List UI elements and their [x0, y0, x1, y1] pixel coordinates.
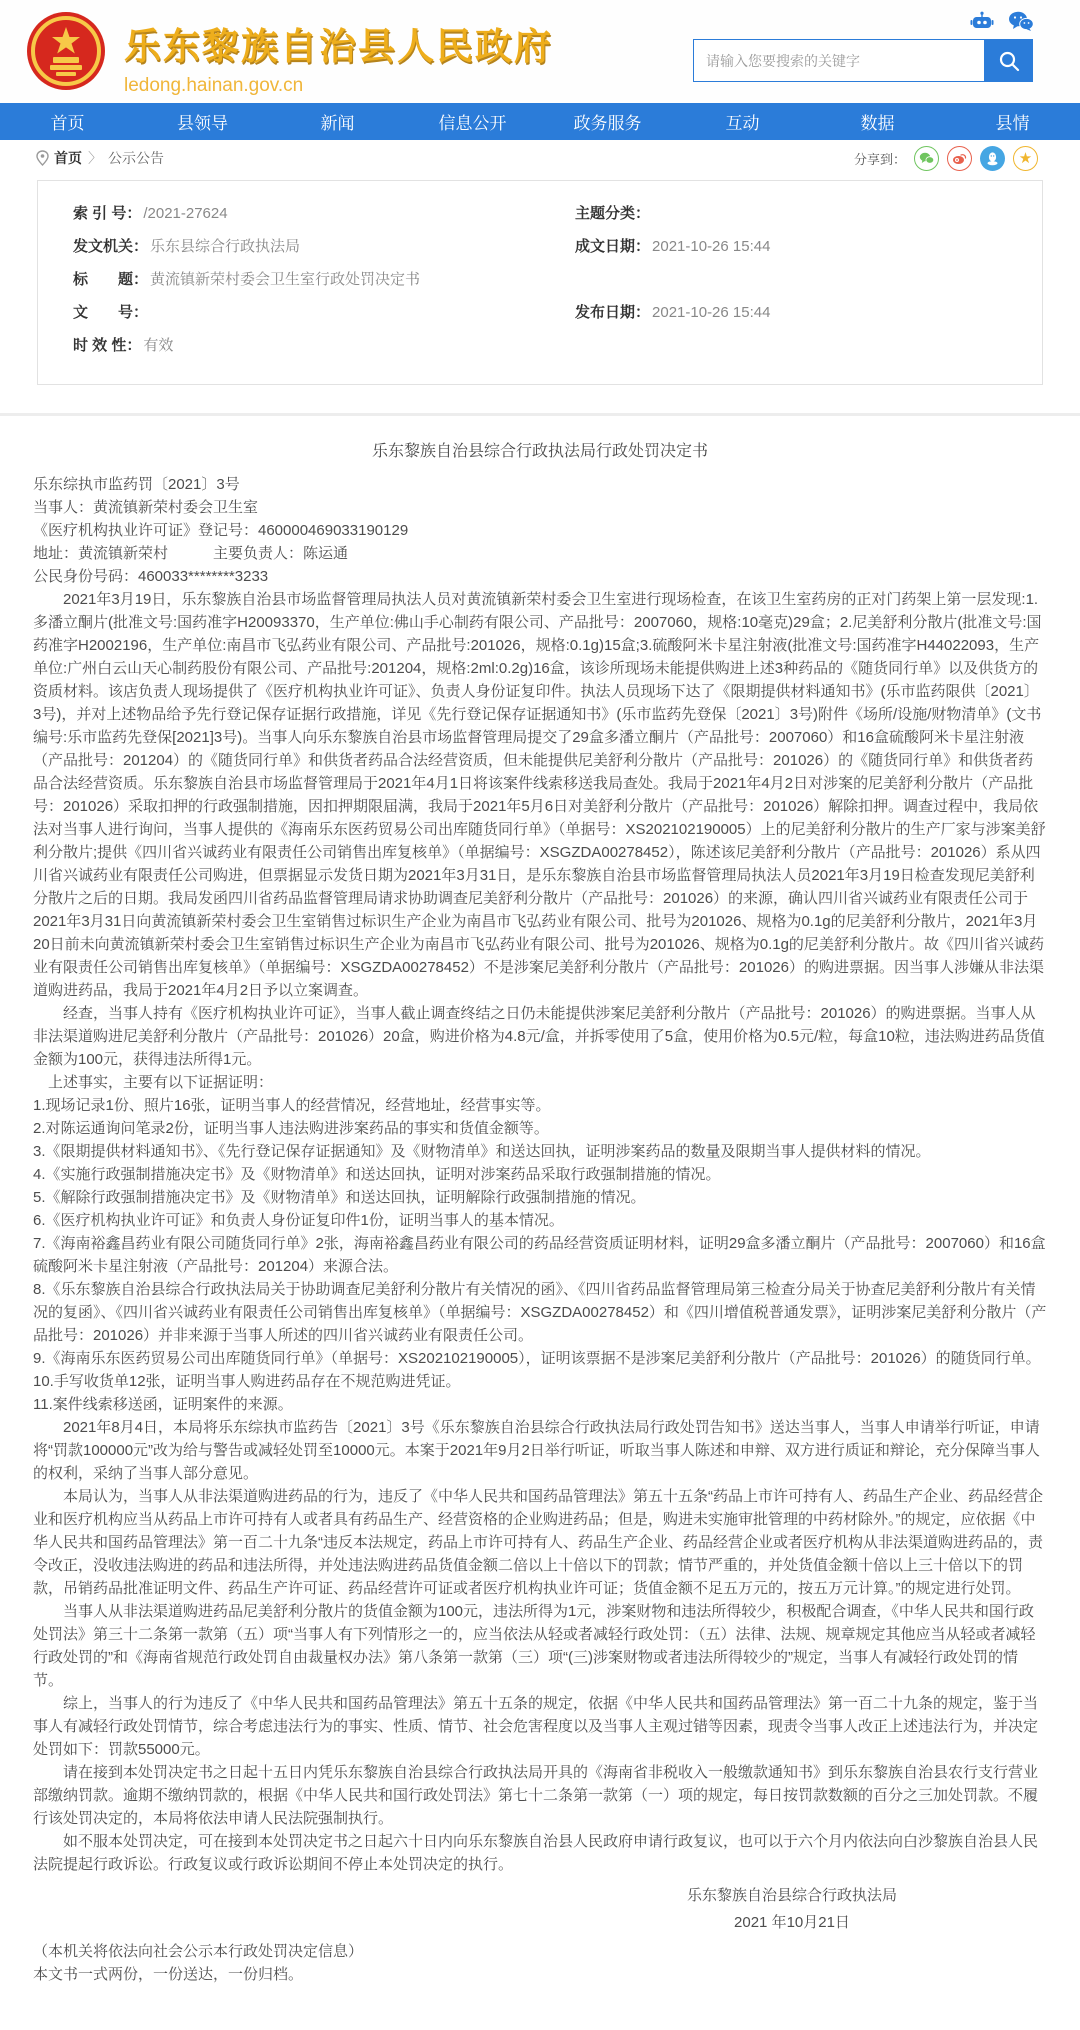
nav-item-leaders[interactable]: 县领导 — [135, 103, 270, 140]
document-title: 乐东黎族自治县综合行政执法局行政处罚决定书 — [33, 440, 1047, 463]
meta-doc-no-label: 文 号： — [73, 302, 148, 324]
doc-paragraph: 综上，当事人的行为违反了《中华人民共和国药品管理法》第五十五条的规定，依据《中华… — [33, 1692, 1047, 1761]
doc-number-line: 乐东综执市监药罚〔2021〕3号 — [33, 473, 1047, 496]
evidence-item: 6.《医疗机构执业许可证》和负责人身份证复印件1份，证明当事人的基本情况。 — [33, 1209, 1047, 1232]
evidence-item: 5.《解除行政强制措施决定书》及《财物清单》和送达回执，证明解除行政强制措施的情… — [33, 1186, 1047, 1209]
evidence-item: 10.手写收货单12张，证明当事人购进药品存在不规范购进凭证。 — [33, 1370, 1047, 1393]
meta-row: 标 题： 黄流镇新荣村委会卫生室行政处罚决定书 — [38, 269, 1042, 302]
share-qq-icon[interactable] — [980, 146, 1005, 171]
nav-item-services[interactable]: 政务服务 — [540, 103, 675, 140]
nav-item-news[interactable]: 新闻 — [270, 103, 405, 140]
header-quick-icons — [970, 11, 1034, 31]
breadcrumb: 首页 〉 公示公告 分享到： — [0, 140, 1080, 176]
location-pin-icon — [36, 150, 49, 166]
address-line: 地址：黄流镇新荣村 主要负责人：陈运通 — [33, 542, 1047, 565]
site-search — [693, 39, 1033, 82]
national-emblem-logo — [26, 11, 106, 91]
breadcrumb-home[interactable]: 首页 — [54, 148, 82, 168]
id-number-line: 公民身份号码：460033********3233 — [33, 565, 1047, 588]
nav-item-county[interactable]: 县情 — [945, 103, 1080, 140]
signature-agency: 乐东黎族自治县综合行政执法局 — [687, 1882, 897, 1909]
meta-made-date-label: 成文日期： — [575, 236, 650, 258]
meta-row: 时 效 性： 有效 — [38, 335, 1042, 368]
license-line: 《医疗机构执业许可证》登记号：460000469033190129 — [33, 519, 1047, 542]
wechat-icon[interactable] — [1008, 11, 1034, 31]
evidence-item: 1.现场记录1份、照片16张，证明当事人的经营情况，经营地址，经营事实等。 — [33, 1094, 1047, 1117]
nav-item-interact[interactable]: 互动 — [675, 103, 810, 140]
party-line: 当事人：黄流镇新荣村委会卫生室 — [33, 496, 1047, 519]
nav-item-home[interactable]: 首页 — [0, 103, 135, 140]
site-header: 乐东黎族自治县人民政府 ledong.hainan.gov.cn — [0, 0, 1080, 103]
share-label: 分享到： — [854, 149, 906, 168]
share-wechat-icon[interactable] — [914, 146, 939, 171]
evidence-item: 9.《海南乐东医药贸易公司出库随货同行单》（单据号：XS202102190005… — [33, 1347, 1047, 1370]
penalty-decision-document: 乐东黎族自治县综合行政执法局行政处罚决定书 乐东综执市监药罚〔2021〕3号 当… — [0, 416, 1080, 1994]
site-identity: 乐东黎族自治县人民政府 ledong.hainan.gov.cn — [124, 16, 553, 97]
doc-paragraph: 上述事实，主要有以下证据证明： — [33, 1071, 1047, 1094]
evidence-item: 2.对陈运通询问笔录2份，证明当事人违法购进涉案药品的事实和货值金额等。 — [33, 1117, 1047, 1140]
meta-topic-label: 主题分类： — [575, 203, 650, 225]
doc-paragraph: 经查，当事人持有《医疗机构执业许可证》，当事人截止调查终结之日仍未能提供涉案尼美… — [33, 1002, 1047, 1071]
share-qzone-star-icon[interactable]: ★ — [1013, 146, 1038, 171]
meta-row: 索 引 号： /2021-27624 主题分类： — [38, 203, 1042, 236]
share-bar: 分享到： — [854, 146, 1038, 171]
evidence-item: 8.《乐东黎族自治县综合行政执法局关于协助调查尼美舒利分散片有关情况的函》、《四… — [33, 1278, 1047, 1347]
meta-agency-label: 发文机关： — [73, 236, 148, 258]
nav-item-data[interactable]: 数据 — [810, 103, 945, 140]
doc-paragraph: 当事人从非法渠道购进药品尼美舒利分散片的货值金额为100元，违法所得为1元，涉案… — [33, 1600, 1047, 1692]
meta-validity-label: 时 效 性： — [73, 335, 141, 357]
meta-title-value: 黄流镇新荣村委会卫生室行政处罚决定书 — [150, 269, 420, 291]
breadcrumb-separator: 〉 — [88, 148, 102, 168]
public-disclosure-note: （本机关将依法向社会公示本行政处罚决定信息） — [33, 1940, 1047, 1963]
meta-row: 文 号： 发布日期： 2021-10-26 15:44 — [38, 302, 1042, 335]
doc-paragraph: 如不服本处罚决定，可在接到本处罚决定书之日起六十日内向乐东黎族自治县人民政府申请… — [33, 1830, 1047, 1876]
site-title: 乐东黎族自治县人民政府 — [124, 16, 553, 70]
meta-agency-value: 乐东县综合行政执法局 — [150, 236, 300, 258]
evidence-item: 4.《实施行政强制措施决定书》及《财物清单》和送达回执，证明对涉案药品采取行政强… — [33, 1163, 1047, 1186]
evidence-item: 11.案件线索移送函，证明案件的来源。 — [33, 1393, 1047, 1416]
page: 乐东黎族自治县人民政府 ledong.hainan.gov.cn — [0, 0, 1080, 2030]
robot-assistant-icon[interactable] — [970, 11, 994, 31]
meta-index-value: /2021-27624 — [143, 203, 227, 225]
copies-note: 本文书一式两份，一份送达，一份归档。 — [33, 1963, 1047, 1986]
search-button[interactable] — [984, 39, 1033, 82]
meta-pub-date-label: 发布日期： — [575, 302, 650, 324]
nav-item-info-public[interactable]: 信息公开 — [405, 103, 540, 140]
signature-date: 2021 年10月21日 — [687, 1909, 897, 1936]
search-input[interactable] — [693, 39, 984, 82]
breadcrumb-current: 公示公告 — [108, 148, 164, 168]
document-meta-box: 索 引 号： /2021-27624 主题分类： 发文机关： 乐东县综合行政执法… — [37, 180, 1043, 385]
meta-row: 发文机关： 乐东县综合行政执法局 成文日期： 2021-10-26 15:44 — [38, 236, 1042, 269]
meta-title-label: 标 题： — [73, 269, 148, 291]
evidence-item: 3.《限期提供材料通知书》、《先行登记保存证据通知》及《财物清单》和送达回执，证… — [33, 1140, 1047, 1163]
search-icon — [998, 50, 1020, 72]
signature-block: 乐东黎族自治县综合行政执法局 2021 年10月21日 — [687, 1882, 897, 1936]
evidence-item: 7.《海南裕鑫昌药业有限公司随货同行单》2张，海南裕鑫昌药业有限公司的药品经营资… — [33, 1232, 1047, 1278]
meta-validity-value: 有效 — [143, 335, 173, 357]
doc-paragraph: 请在接到本处罚决定书之日起十五日内凭乐东黎族自治县综合行政执法局开具的《海南省非… — [33, 1761, 1047, 1830]
meta-made-date-value: 2021-10-26 15:44 — [652, 236, 770, 258]
site-url: ledong.hainan.gov.cn — [124, 75, 553, 97]
main-nav: 首页 县领导 新闻 信息公开 政务服务 互动 数据 县情 — [0, 103, 1080, 140]
doc-paragraph: 2021年8月4日，本局将乐东综执市监药告〔2021〕3号《乐东黎族自治县综合行… — [33, 1416, 1047, 1485]
meta-pub-date-value: 2021-10-26 15:44 — [652, 302, 770, 324]
doc-paragraph: 本局认为，当事人从非法渠道购进药品的行为，违反了《中华人民共和国药品管理法》第五… — [33, 1485, 1047, 1600]
meta-index-label: 索 引 号： — [73, 203, 141, 225]
doc-paragraph: 2021年3月19日，乐东黎族自治县市场监督管理局执法人员对黄流镇新荣村委会卫生… — [33, 588, 1047, 1002]
share-weibo-icon[interactable] — [947, 146, 972, 171]
